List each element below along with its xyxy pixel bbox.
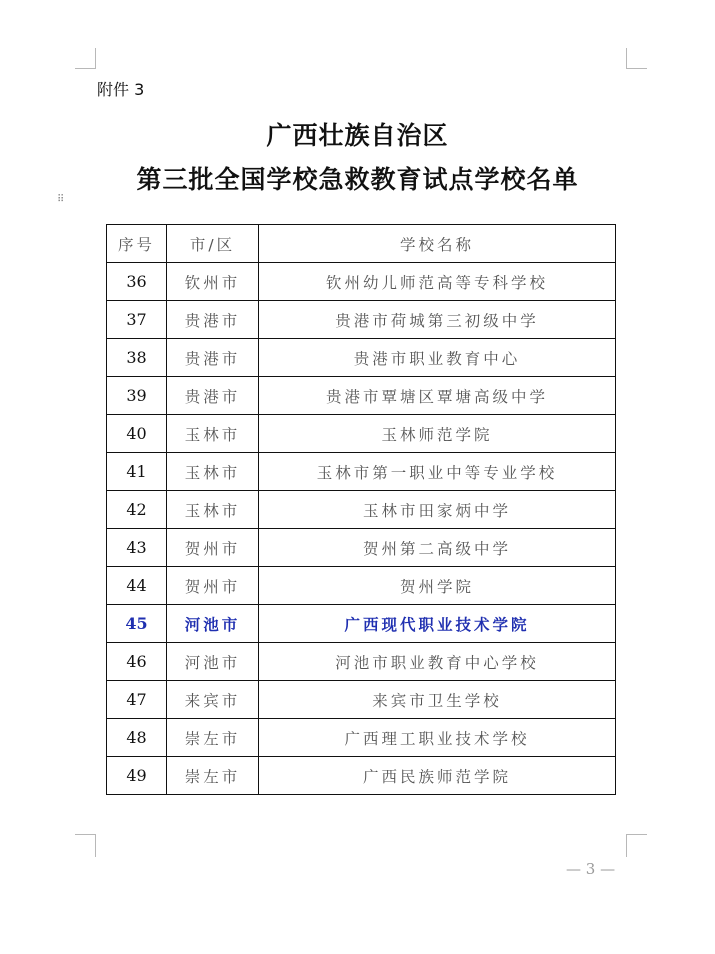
table-header-row: 序号 市/区 学校名称 xyxy=(107,225,616,263)
table-row: 41玉林市玉林市第一职业中等专业学校 xyxy=(107,453,616,491)
title-line-1: 广西壮族自治区 xyxy=(0,116,715,152)
row-city: 河池市 xyxy=(167,643,259,681)
row-city: 崇左市 xyxy=(167,757,259,795)
table-row: 36钦州市钦州幼儿师范高等专科学校 xyxy=(107,263,616,301)
row-school-name: 玉林师范学院 xyxy=(259,415,616,453)
row-city: 贵港市 xyxy=(167,301,259,339)
table-row: 49崇左市广西民族师范学院 xyxy=(107,757,616,795)
row-number: 36 xyxy=(107,263,167,301)
title-line-2: 第三批全国学校急救教育试点学校名单 xyxy=(0,160,715,196)
row-number: 48 xyxy=(107,719,167,757)
table-row: 40玉林市玉林师范学院 xyxy=(107,415,616,453)
table-row: 43贺州市贺州第二高级中学 xyxy=(107,529,616,567)
row-city: 贵港市 xyxy=(167,339,259,377)
table-row: 45河池市广西现代职业技术学院 xyxy=(107,605,616,643)
page-corner-mark-top-left xyxy=(75,48,96,69)
row-school-name: 玉林市田家炳中学 xyxy=(259,491,616,529)
row-school-name: 玉林市第一职业中等专业学校 xyxy=(259,453,616,491)
table-row: 39贵港市贵港市覃塘区覃塘高级中学 xyxy=(107,377,616,415)
row-school-name: 广西民族师范学院 xyxy=(259,757,616,795)
row-number: 39 xyxy=(107,377,167,415)
row-number: 49 xyxy=(107,757,167,795)
table-row: 44贺州市贺州学院 xyxy=(107,567,616,605)
row-city: 贺州市 xyxy=(167,567,259,605)
row-number: 42 xyxy=(107,491,167,529)
table-row: 37贵港市贵港市荷城第三初级中学 xyxy=(107,301,616,339)
row-number: 40 xyxy=(107,415,167,453)
table-row: 47来宾市来宾市卫生学校 xyxy=(107,681,616,719)
row-number: 38 xyxy=(107,339,167,377)
row-city: 崇左市 xyxy=(167,719,259,757)
row-number: 47 xyxy=(107,681,167,719)
page-corner-mark-bottom-right xyxy=(626,834,647,857)
row-school-name: 贵港市职业教育中心 xyxy=(259,339,616,377)
page-corner-mark-top-right xyxy=(626,48,647,69)
row-city: 贺州市 xyxy=(167,529,259,567)
row-school-name: 广西现代职业技术学院 xyxy=(259,605,616,643)
row-number: 43 xyxy=(107,529,167,567)
page-number: — 3 — xyxy=(566,860,615,878)
row-school-name: 贵港市覃塘区覃塘高级中学 xyxy=(259,377,616,415)
row-city: 玉林市 xyxy=(167,415,259,453)
row-school-name: 贵港市荷城第三初级中学 xyxy=(259,301,616,339)
table-row: 42玉林市玉林市田家炳中学 xyxy=(107,491,616,529)
row-city: 贵港市 xyxy=(167,377,259,415)
row-school-name: 贺州第二高级中学 xyxy=(259,529,616,567)
row-city: 玉林市 xyxy=(167,491,259,529)
header-school-name: 学校名称 xyxy=(259,225,616,263)
row-number: 46 xyxy=(107,643,167,681)
table-row: 48崇左市广西理工职业技术学校 xyxy=(107,719,616,757)
header-city: 市/区 xyxy=(167,225,259,263)
row-school-name: 河池市职业教育中心学校 xyxy=(259,643,616,681)
page-corner-mark-bottom-left xyxy=(75,834,96,857)
table-row: 38贵港市贵港市职业教育中心 xyxy=(107,339,616,377)
row-number: 44 xyxy=(107,567,167,605)
header-number: 序号 xyxy=(107,225,167,263)
row-city: 河池市 xyxy=(167,605,259,643)
row-school-name: 钦州幼儿师范高等专科学校 xyxy=(259,263,616,301)
row-school-name: 贺州学院 xyxy=(259,567,616,605)
attachment-label: 附件 3 xyxy=(97,77,144,100)
row-school-name: 广西理工职业技术学校 xyxy=(259,719,616,757)
table-move-handle-icon[interactable]: ⠿ xyxy=(57,197,65,213)
row-number: 37 xyxy=(107,301,167,339)
row-city: 钦州市 xyxy=(167,263,259,301)
row-school-name: 来宾市卫生学校 xyxy=(259,681,616,719)
table-row: 46河池市河池市职业教育中心学校 xyxy=(107,643,616,681)
school-list-table: 序号 市/区 学校名称 36钦州市钦州幼儿师范高等专科学校37贵港市贵港市荷城第… xyxy=(106,224,616,795)
row-city: 来宾市 xyxy=(167,681,259,719)
row-number: 41 xyxy=(107,453,167,491)
row-number: 45 xyxy=(107,605,167,643)
row-city: 玉林市 xyxy=(167,453,259,491)
